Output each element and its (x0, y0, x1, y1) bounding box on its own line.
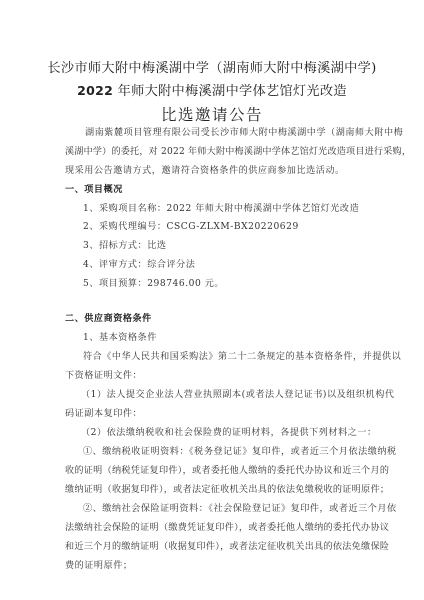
section-2-heading: 二、供应商资格条件 (65, 313, 152, 325)
intro-line-1: 湖南紫麓项目管理有限公司受长沙市师大附中梅溪湖中学（湖南师大附中梅 (85, 127, 403, 139)
qualification-line-5: （2）依法缴纳税收和社会保险费的证明材料，各提供下列材料之一： (81, 427, 377, 439)
qualification-line-10: 法缴纳社会保险的证明（缴费凭证复印件），或者委托他人缴纳的委托代办协议 (65, 522, 389, 534)
budget-item: 5、项目预算：298746.00 元。 (83, 278, 224, 290)
qualification-line-6: ①、缴纳税收证明资料：《税务登记证》复印件，或者近三个月依法缴纳税 (83, 446, 397, 458)
qualification-line-2: 下资格证明文件： (65, 370, 142, 382)
intro-line-3: 现采用公告邀请方式，邀请符合资格条件的供应商参加比选活动。 (65, 165, 345, 177)
qualification-line-3: （1）法人提交企业法人营业执照副本(或者法人登记证书)以及组织机构代 (81, 389, 395, 401)
agency-code-item: 2、采购代理编号：CSCG-ZLXM-BX20220629 (83, 221, 299, 233)
qualification-line-4: 码证副本复印件： (65, 408, 142, 420)
document-title-line-3: 比选邀请公告 (0, 103, 424, 125)
document-page: 长沙市师大附中梅溪湖中学（湖南师大附中梅溪湖中学) 2022 年师大附中梅溪湖中… (0, 0, 424, 600)
bidding-method-item: 3、招标方式：比选 (83, 240, 167, 252)
qualification-line-9: ②、缴纳社会保险证明资料：《社会保险登记证》复印件，或者近三个月依 (83, 503, 397, 515)
qualification-line-11: 和近三个月的缴纳证明（收据复印件），或者法定征收机关出具的依法免缴保险 (65, 541, 389, 553)
title-year: 2022 (77, 83, 113, 98)
section-2-sub-heading: 1、基本资格条件 (83, 332, 157, 344)
title-project-name: 年师大附中梅溪湖中学体艺馆灯光改造 (113, 84, 347, 99)
qualification-line-12: 费的证明原件； (65, 560, 133, 572)
document-title-line-1: 长沙市师大附中梅溪湖中学（湖南师大附中梅溪湖中学) (0, 57, 424, 76)
project-name-item: 1、采购项目名称：2022 年师大附中梅溪湖中学体艺馆灯光改造 (83, 203, 359, 215)
intro-line-2: 溪湖中学）的委托，对 2022 年师大附中梅溪湖中学体艺馆灯光改造项目进行采购， (65, 146, 411, 158)
qualification-line-1: 符合《中华人民共和国采购法》第二十二条规定的基本资格条件，并提供以 (83, 351, 401, 363)
qualification-line-7: 收的证明（纳税凭证复印件），或者委托他人缴纳的委托代办协议和近三个月的 (65, 465, 389, 477)
document-title-line-2: 2022 年师大附中梅溪湖中学体艺馆灯光改造 (0, 80, 424, 99)
section-1-heading: 一、项目概况 (65, 184, 123, 196)
evaluation-method-item: 4、评审方式：综合评分法 (83, 259, 195, 271)
qualification-line-8: 缴纳证明（收据复印件），或者法定征收机关出具的依法免缴税收的证明原件； (65, 484, 389, 496)
